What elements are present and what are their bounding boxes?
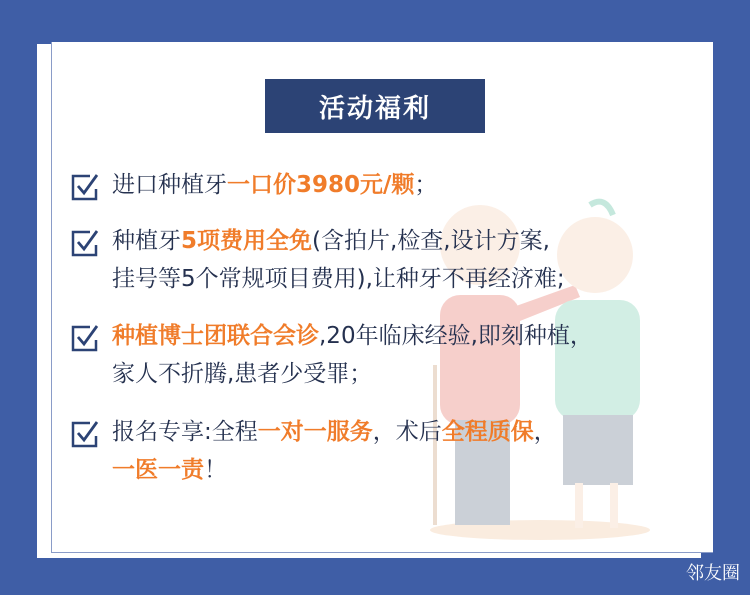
benefit-text: 报名专享:全程 bbox=[112, 419, 258, 445]
page-title: 活动福利 bbox=[265, 79, 485, 133]
benefit-line: 一医一责！ bbox=[112, 451, 557, 489]
benefit-highlight: 种植博士团联合会诊 bbox=[112, 323, 319, 349]
benefit-highlight: 全程质保 bbox=[442, 419, 534, 445]
benefit-text: 进口种植牙 bbox=[112, 172, 227, 198]
benefit-highlight: 一口价3980元/颗 bbox=[227, 172, 414, 198]
checkbox-checked-icon bbox=[70, 228, 100, 258]
benefit-text: ！ bbox=[204, 457, 227, 483]
benefit-text: ， bbox=[534, 419, 557, 445]
benefit-item-1: 进口种植牙一口价3980元/颗； bbox=[70, 166, 437, 204]
benefit-line: 种植牙5项费用全免(含拍片,检查,设计方案, bbox=[112, 222, 565, 260]
watermark: 邻友圈 bbox=[686, 559, 740, 585]
benefit-text: 种植牙 bbox=[112, 228, 181, 254]
benefit-line: 进口种植牙一口价3980元/颗； bbox=[112, 166, 437, 204]
benefit-text: ； bbox=[414, 172, 437, 198]
benefit-line: 种植博士团联合会诊,20年临床经验,即刻种植， bbox=[112, 317, 593, 355]
checkbox-checked-icon bbox=[70, 419, 100, 449]
benefit-line: 家人不折腾,患者少受罪； bbox=[112, 355, 593, 393]
benefit-highlight: 5项费用全免 bbox=[181, 228, 312, 254]
checkbox-checked-icon bbox=[70, 323, 100, 353]
benefit-item-2: 种植牙5项费用全免(含拍片,检查,设计方案, 挂号等5个常规项目费用),让种牙不… bbox=[70, 222, 565, 298]
benefit-item-3: 种植博士团联合会诊,20年临床经验,即刻种植， 家人不折腾,患者少受罪； bbox=[70, 317, 593, 393]
benefit-text: ，术后 bbox=[373, 419, 442, 445]
benefit-highlight: 一医一责 bbox=[112, 457, 204, 483]
benefit-text: (含拍片,检查,设计方案, bbox=[312, 228, 550, 254]
benefit-line: 挂号等5个常规项目费用),让种牙不再经济难; bbox=[112, 260, 565, 298]
checkbox-checked-icon bbox=[70, 172, 100, 202]
benefit-highlight: 一对一服务 bbox=[258, 419, 373, 445]
benefit-line: 报名专享:全程一对一服务，术后全程质保， bbox=[112, 413, 557, 451]
benefit-item-4: 报名专享:全程一对一服务，术后全程质保， 一医一责！ bbox=[70, 413, 557, 489]
benefit-text: ,20年临床经验,即刻种植， bbox=[319, 323, 593, 349]
